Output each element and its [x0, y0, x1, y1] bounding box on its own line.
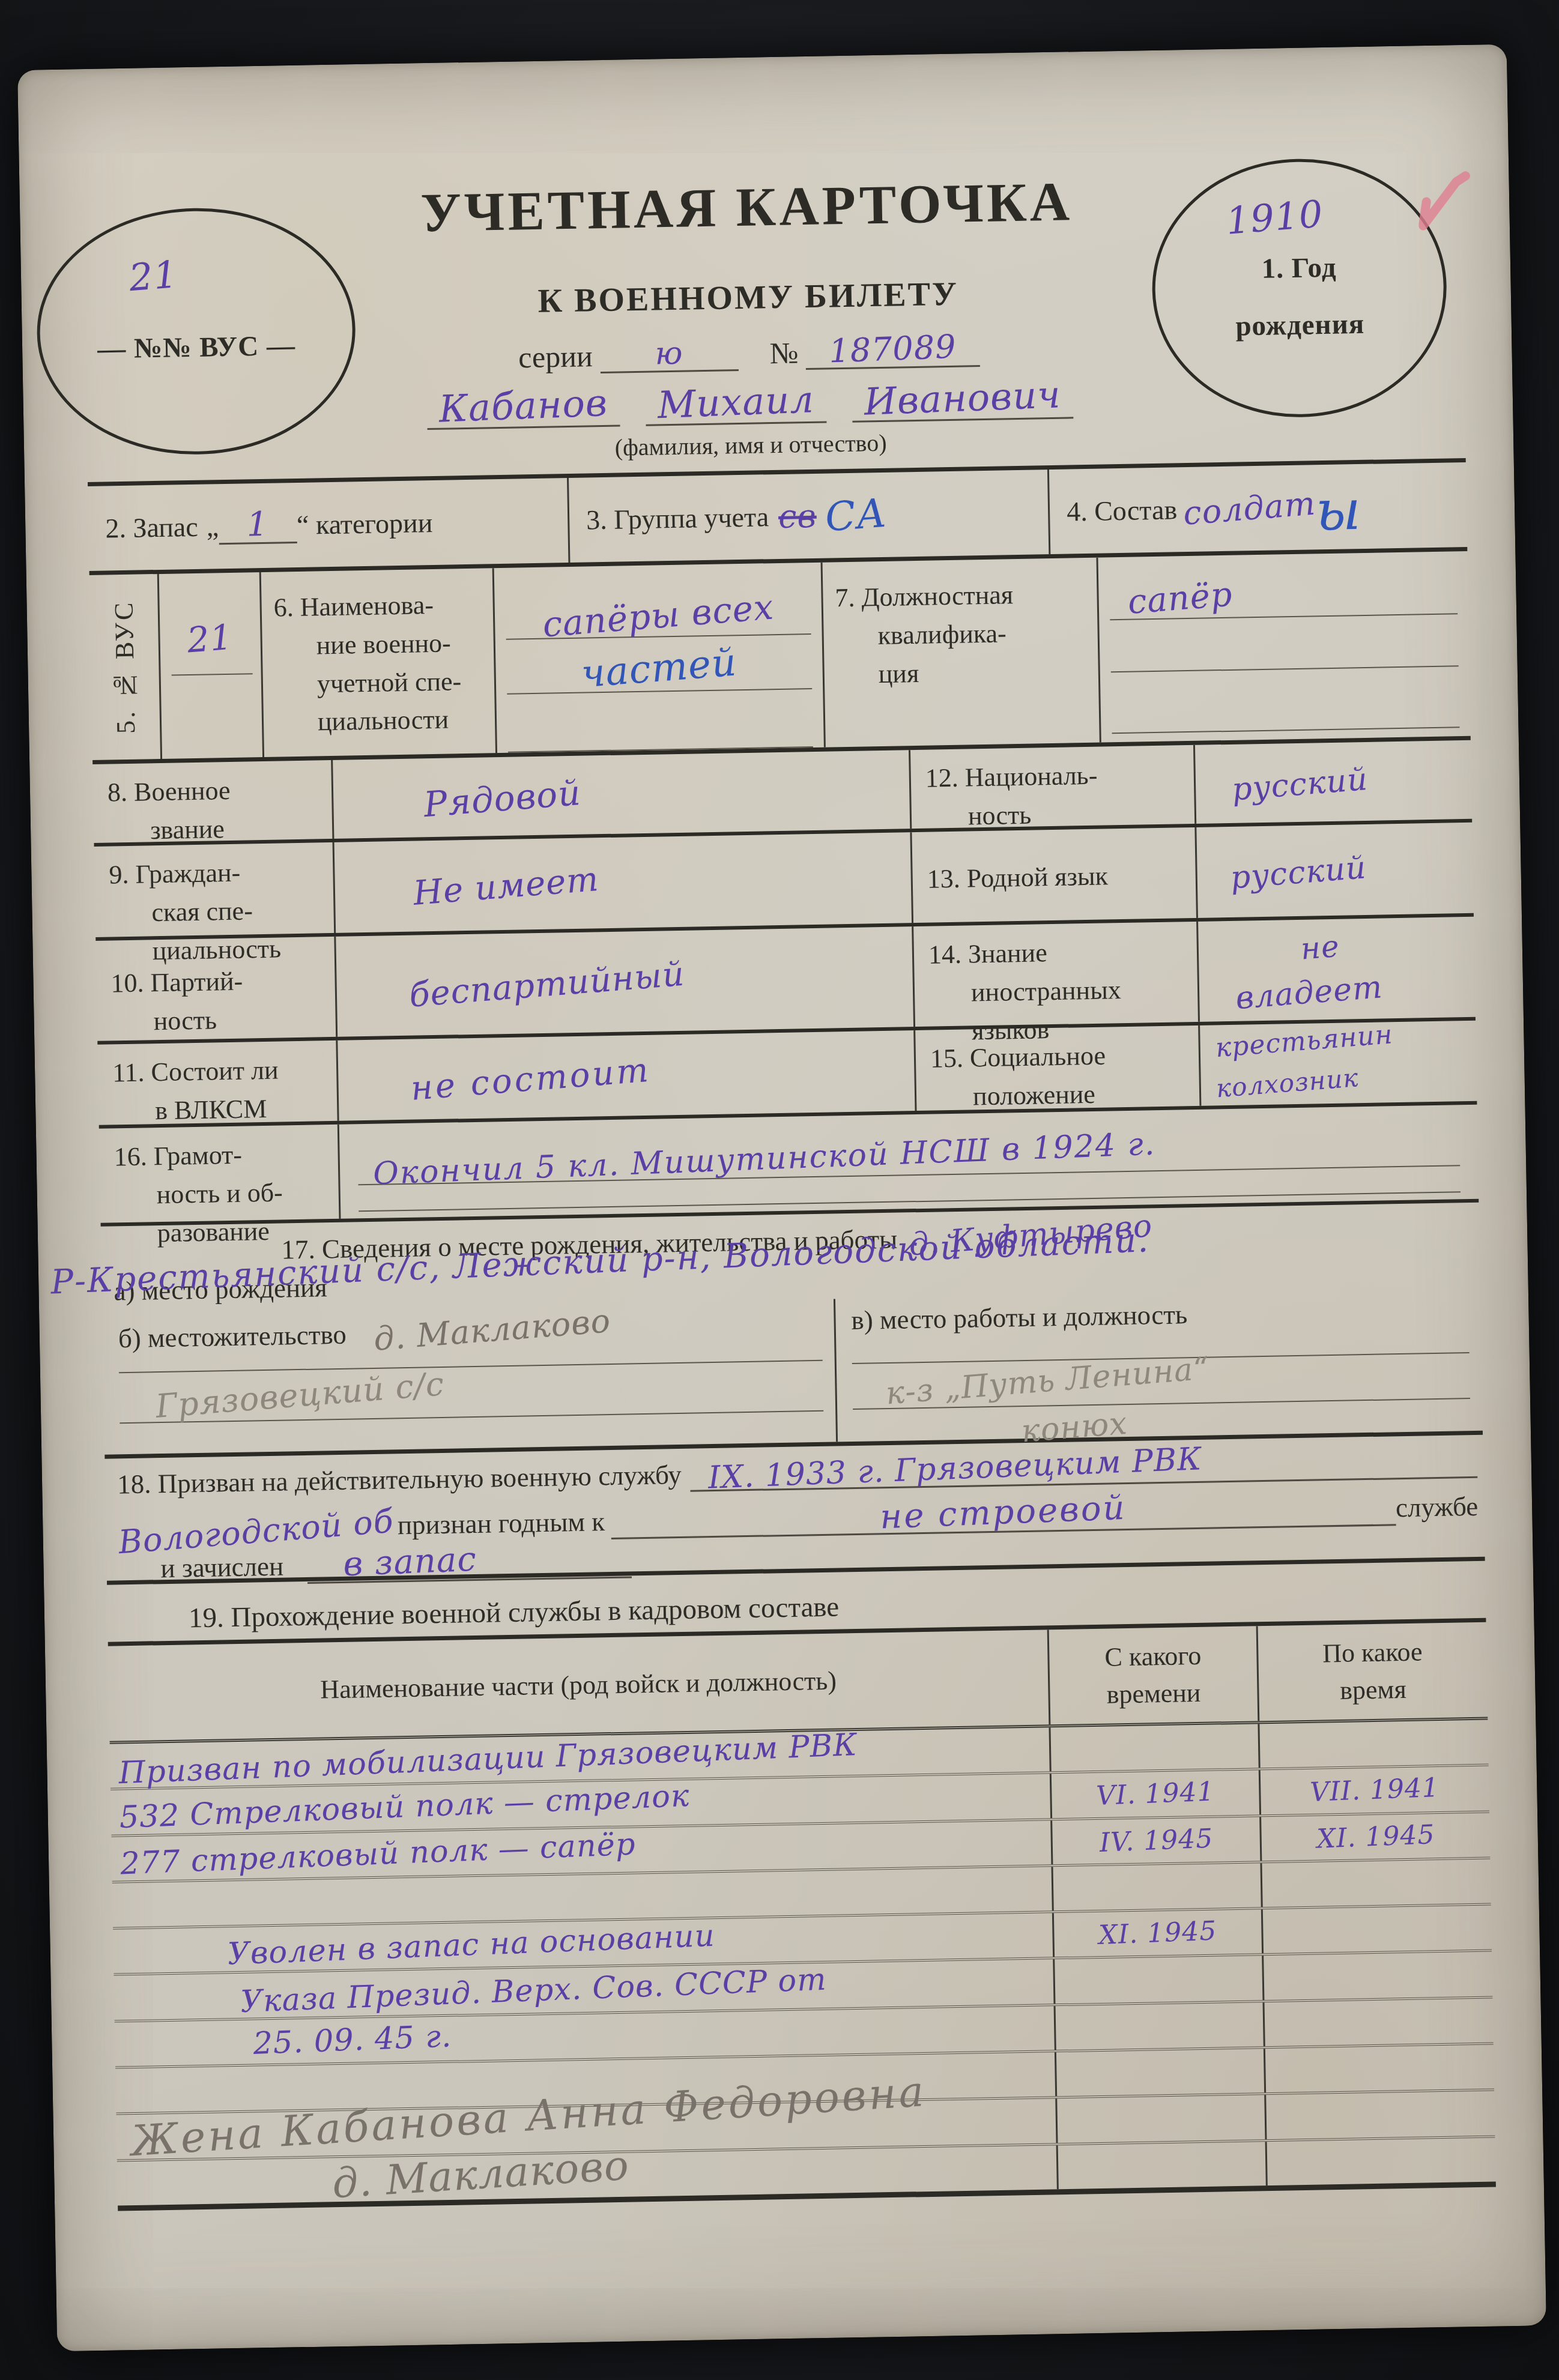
field-sostav: 4. Состав солдат ы: [1047, 462, 1467, 554]
field-zapas: 2. Запас „ 1 “ категории: [88, 478, 568, 571]
specialty-label-line3: учетной спе-: [274, 662, 494, 704]
vus-number-value-cell: 21: [157, 572, 262, 759]
nationality-value-cell: русский: [1193, 740, 1472, 824]
vus-circle-label: — №№ ВУС —: [40, 328, 353, 366]
qualification-value: сапёр: [1126, 575, 1234, 623]
surname: Кабанов: [438, 383, 608, 429]
fitness-suffix: службе: [1396, 1491, 1479, 1523]
service-call-value: IX. 1933 г. Грязовецким РВК: [707, 1443, 1202, 1494]
qualification-label-line1: 7. Должностная: [835, 575, 1097, 617]
party-value: беспартийный: [408, 955, 686, 1015]
rank-label-line1: 8. Военное: [107, 770, 325, 812]
scan-background: 21 — №№ ВУС — УЧЕТНАЯ КАРТОЧКА К ВОЕННОМ…: [0, 0, 1559, 2380]
foreign-languages-value-cell: не владеет: [1196, 917, 1476, 1022]
service-row-2-from: VI. 1941: [1095, 1777, 1215, 1812]
service-row-3-to: XI. 1945: [1316, 1819, 1435, 1855]
civil-specialty-label-line2: ская спе-: [109, 890, 328, 932]
uchet-group-value: СА: [823, 490, 888, 541]
service-row-7-unit: 25. 09. 45 г.: [252, 2019, 452, 2062]
patronymic: Иванович: [864, 375, 1062, 421]
nationality-value: русский: [1231, 761, 1369, 808]
series-value: ю: [655, 336, 683, 372]
native-language-value: русский: [1229, 850, 1368, 896]
to-column-header: По какоевремя: [1256, 1622, 1488, 1721]
social-position-value-line1: крестьянин: [1214, 1019, 1394, 1063]
residence-value-line1: д. Маклаково: [372, 1302, 612, 1358]
birth-year-label-1: 1. Год: [1155, 250, 1444, 287]
nationality-label-line1: 12. Националь-: [925, 755, 1188, 797]
qualification-label-line2: квалифика-: [835, 612, 1098, 655]
foreign-languages-value-line2: владеет: [1234, 969, 1384, 1016]
section-18-service-call: 18. Призван на действительную военную сл…: [104, 1435, 1485, 1585]
sostav-value-suffix: ы: [1315, 478, 1362, 543]
civil-specialty-label-line1: 9. Граждан-: [109, 852, 327, 894]
rank-label-cell: 8. Военноезвание: [92, 760, 332, 843]
native-language-label-cell: 13. Родной язык: [910, 827, 1196, 923]
civil-specialty-value-cell: Не имеет: [333, 832, 912, 933]
vlksm-label-line1: 11. Состоит ли: [112, 1050, 331, 1092]
vus-number-vertical-cell: 5. № ВУС: [89, 574, 160, 760]
specialty-label-line1: 6. Наименова-: [273, 585, 493, 627]
education-label-cell: 16. Грамот-ность и об-разование: [99, 1125, 339, 1223]
fitness-label: признан годным к: [397, 1506, 605, 1541]
civil-specialty-label-cell: 9. Граждан-ская спе-циальность: [94, 842, 335, 937]
zapas-open-quote: „: [206, 510, 219, 542]
education-label-line2: ность и об-: [114, 1173, 333, 1215]
civil-specialty-value: Не имеет: [412, 860, 601, 913]
residence-label: б) местожительство: [118, 1319, 347, 1355]
vus-circle-value: 21: [127, 252, 179, 300]
service-row-2-to: VII. 1941: [1310, 1772, 1440, 1808]
series-label: серии: [518, 339, 593, 374]
enlisted-label: и зачислен: [160, 1551, 283, 1584]
zapas-category-value: 1: [246, 504, 269, 544]
native-language-label: 13. Родной язык: [927, 857, 1108, 898]
foreign-languages-label-cell: 14. Знаниеиностранныхязыков: [912, 922, 1198, 1027]
service-row-5-from: XI. 1945: [1098, 1916, 1217, 1951]
sostav-value: солдат: [1182, 485, 1317, 533]
uchet-group-struck-value: св: [778, 497, 817, 536]
zapas-label-b: “ категории: [297, 507, 433, 541]
rank-value: Рядовой: [422, 772, 583, 824]
name-caption: (фамилия, имя и отчество): [360, 424, 1142, 466]
vlksm-label-line2: в ВЛКСМ: [113, 1089, 331, 1131]
service-row-3-from: IV. 1945: [1099, 1823, 1214, 1858]
card-subtitle: К ВОЕННОМУ БИЛЕТУ: [357, 271, 1139, 324]
number-label: №: [769, 336, 799, 370]
specialty-value-line2: частей: [580, 641, 739, 697]
number-value-underline: 187089: [805, 331, 980, 370]
from-column-header: С какоговремени: [1047, 1626, 1258, 1724]
education-label-line1: 16. Грамот-: [114, 1134, 332, 1176]
card-title: УЧЕТНАЯ КАРТОЧКА: [356, 168, 1137, 246]
social-position-label-line1: 15. Социальное: [930, 1035, 1193, 1078]
specialty-name-label-cell: 6. Наименова- ние военно- учетной спе- ц…: [259, 568, 495, 757]
workplace-cell: в) место работы и должность к-з „Путь Ле…: [834, 1288, 1483, 1442]
residence-cell: б) местожительство д. Маклаково Грязовец…: [102, 1299, 836, 1455]
enlisted-value: в запас: [343, 1542, 477, 1583]
zapas-label: 2. Запас: [105, 511, 198, 545]
vlksm-label-cell: 11. Состоит лив ВЛКСМ: [97, 1040, 337, 1125]
vus-number-circle: 21 — №№ ВУС —: [35, 205, 357, 457]
workplace-label: в) место работы и должность: [851, 1294, 1469, 1336]
section-19-title: 19. Прохождение военной службы в кадрово…: [189, 1590, 840, 1634]
foreign-languages-label-line1: 14. Знание: [928, 931, 1191, 974]
specialty-value-cell: сапёры всех частей: [492, 563, 824, 753]
social-position-value-cell: крестьянин колхозник: [1198, 1021, 1477, 1106]
sostav-label: 4. Состав: [1067, 494, 1178, 527]
foreign-languages-label-line2: иностранных: [929, 970, 1192, 1012]
party-label-cell: 10. Партий-ность: [95, 937, 336, 1041]
birth-year-value: 1910: [1224, 192, 1325, 243]
specialty-label-line4: циальности: [276, 700, 495, 742]
birthplace-value: Р-Крестьянский с/с, Лежский р-н, Вологод…: [50, 1227, 1480, 1291]
first-name: Михаил: [657, 379, 815, 424]
fields-5-6-7-row: 5. № ВУС 21 6. Наименова- ние военно- уч…: [89, 551, 1471, 764]
registration-card: 21 — №№ ВУС — УЧЕТНАЯ КАРТОЧКА К ВОЕННОМ…: [17, 44, 1546, 2352]
service-call-label: 18. Призван на действительную военную сл…: [117, 1459, 682, 1500]
social-position-value-line2: колхозник: [1215, 1063, 1360, 1104]
series-line: серии ю № 187089: [359, 328, 1140, 377]
vus-field-value: 21: [186, 617, 234, 661]
education-value-cell: Окончил 5 кл. Мишутинской НСШ в 1924 г.: [338, 1105, 1479, 1219]
vus-value-rule: [172, 673, 253, 675]
social-position-label-cell: 15. Социальноеположение: [913, 1025, 1199, 1111]
qualification-value-cell: сапёр: [1096, 551, 1470, 743]
birth-year-label-2: рождения: [1155, 307, 1444, 344]
number-value: 187089: [829, 330, 957, 369]
party-value-cell: беспартийный: [334, 926, 913, 1037]
foreign-languages-value-line1: не: [1300, 929, 1341, 967]
vus-field-label: 5. № ВУС: [108, 575, 142, 760]
birth-year-circle: 1910 1. Год рождения: [1150, 156, 1449, 419]
red-check-mark: [1414, 165, 1475, 250]
specialty-label-line2: ние военно-: [274, 623, 494, 665]
uchet-group-label: 3. Группа учета: [586, 501, 769, 536]
qualification-label-line3: ция: [836, 651, 1098, 693]
vlksm-value: не состоит: [410, 1050, 652, 1108]
section-17-residence-work: б) местожительство д. Маклаково Грязовец…: [102, 1288, 1483, 1459]
rank-value-cell: Рядовой: [331, 750, 910, 839]
field-uchet-group: 3. Группа учета св СА: [567, 470, 1049, 563]
vlksm-value-cell: не состоит: [336, 1030, 915, 1121]
unit-column-header: Наименование части (род войск и должност…: [108, 1629, 1049, 1741]
nationality-label-cell: 12. Националь-ность: [909, 745, 1194, 829]
series-value-underline: ю: [600, 336, 739, 373]
service-row-3-unit: 277 стрелковый полк — сапёр: [120, 1826, 636, 1882]
native-language-value-cell: русский: [1194, 823, 1474, 918]
service-row-5-unit: Уволен в запас на основании: [227, 1918, 716, 1972]
residence-value-line2: Грязовецкий с/с: [154, 1365, 446, 1425]
party-label-line1: 10. Партий-: [110, 961, 329, 1003]
party-label-line2: ность: [111, 999, 330, 1041]
qualification-label-cell: 7. Должностная квалифика- ция: [821, 558, 1100, 748]
full-name-line: Кабанов Михаил Иванович: [335, 375, 1164, 432]
fitness-value: не строевой: [879, 1491, 1127, 1536]
